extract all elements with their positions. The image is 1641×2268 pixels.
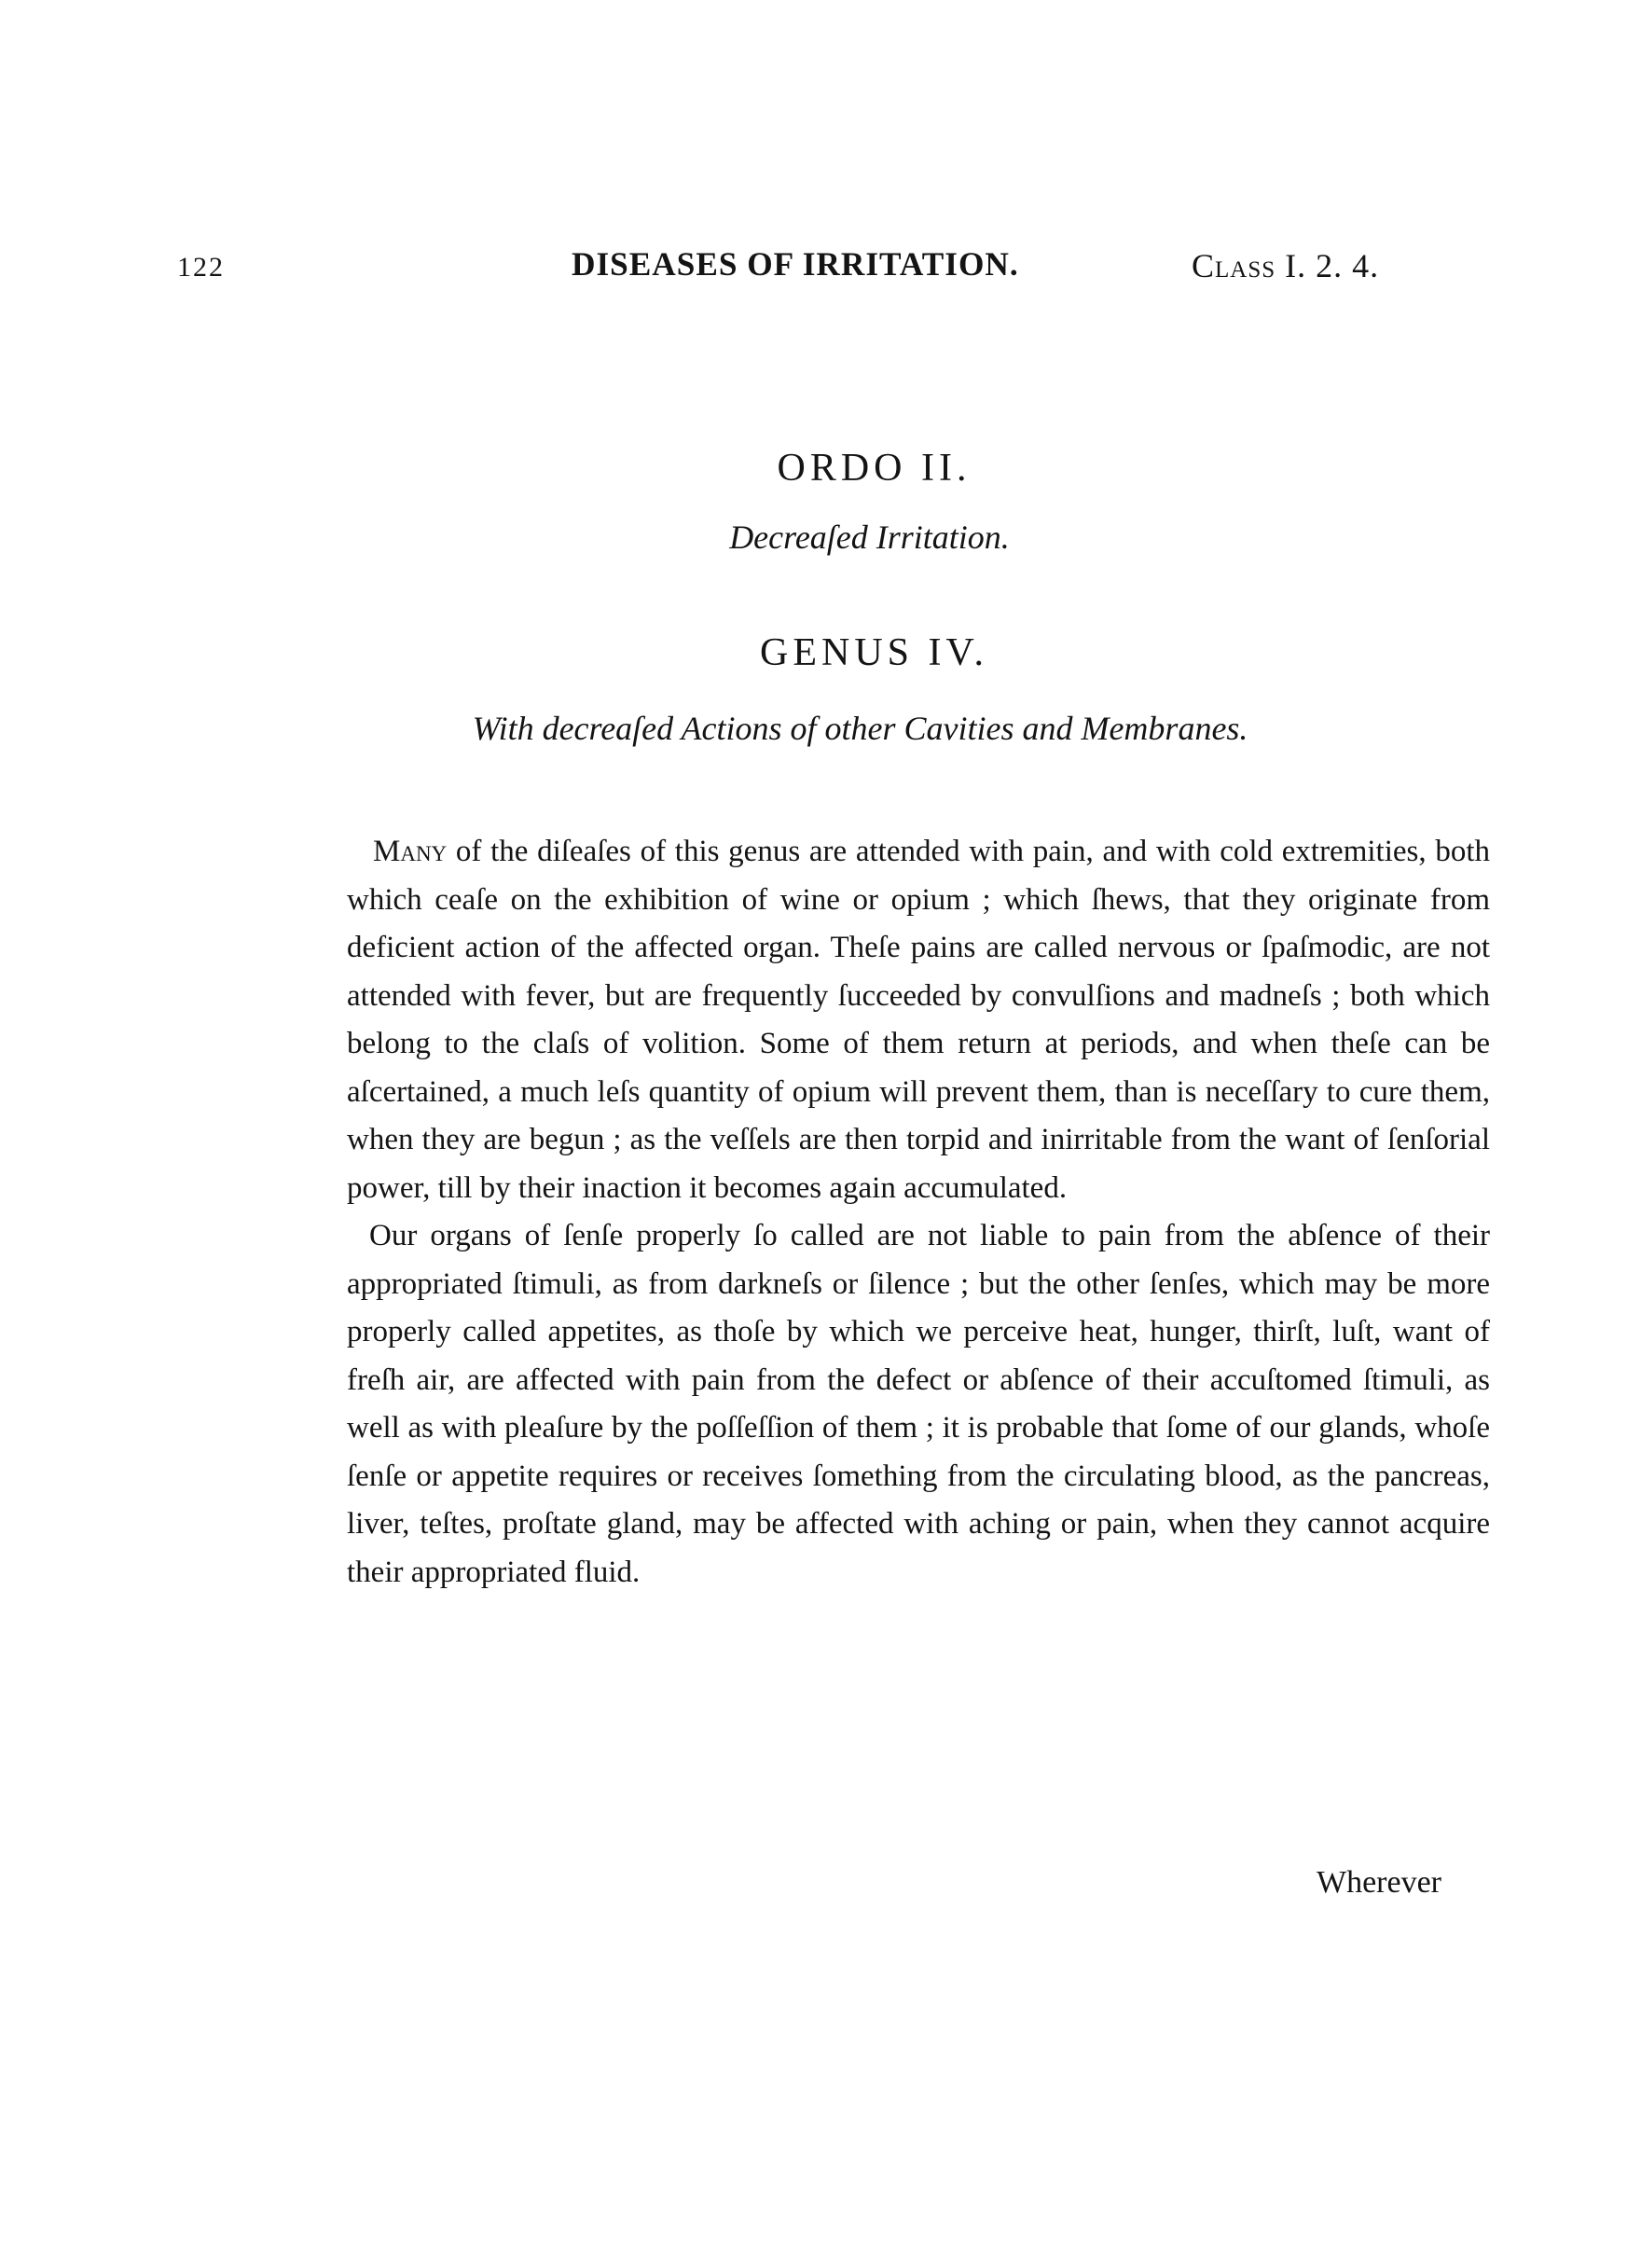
running-title: DISEASES OF IRRITATION. — [572, 244, 1019, 283]
section-number: 2. 4. — [1316, 247, 1379, 284]
ordo-subtitle: Decreaſed Irritation. — [0, 518, 1641, 557]
genus-subtitle: With decreaſed Actions of other Cavities… — [0, 709, 1641, 748]
body-text: Many of the diſeaſes of this genus are a… — [347, 828, 1490, 1597]
running-class-reference: Class I. 2. 4. — [1192, 246, 1379, 285]
paragraph: Our organs of ſenſe properly ſo called a… — [347, 1212, 1490, 1597]
paragraph-text: of the diſeaſes of this genus are attend… — [347, 835, 1490, 1205]
book-page: 122 DISEASES OF IRRITATION. Class I. 2. … — [0, 0, 1641, 2268]
genus-heading: GENUS IV. — [0, 630, 1641, 675]
page-number: 122 — [177, 252, 225, 283]
class-label: Class — [1192, 247, 1276, 284]
running-head: 122 DISEASES OF IRRITATION. Class I. 2. … — [177, 244, 1492, 291]
paragraph: Many of the diſeaſes of this genus are a… — [347, 828, 1490, 1212]
paragraph-lead-word: Many — [373, 835, 447, 868]
ordo-heading: ORDO II. — [0, 446, 1641, 491]
class-numeral: I. — [1285, 247, 1306, 284]
paragraph-text: Our organs of ſenſe properly ſo called a… — [347, 1219, 1490, 1589]
catchword: Wherever — [1317, 1865, 1441, 1901]
